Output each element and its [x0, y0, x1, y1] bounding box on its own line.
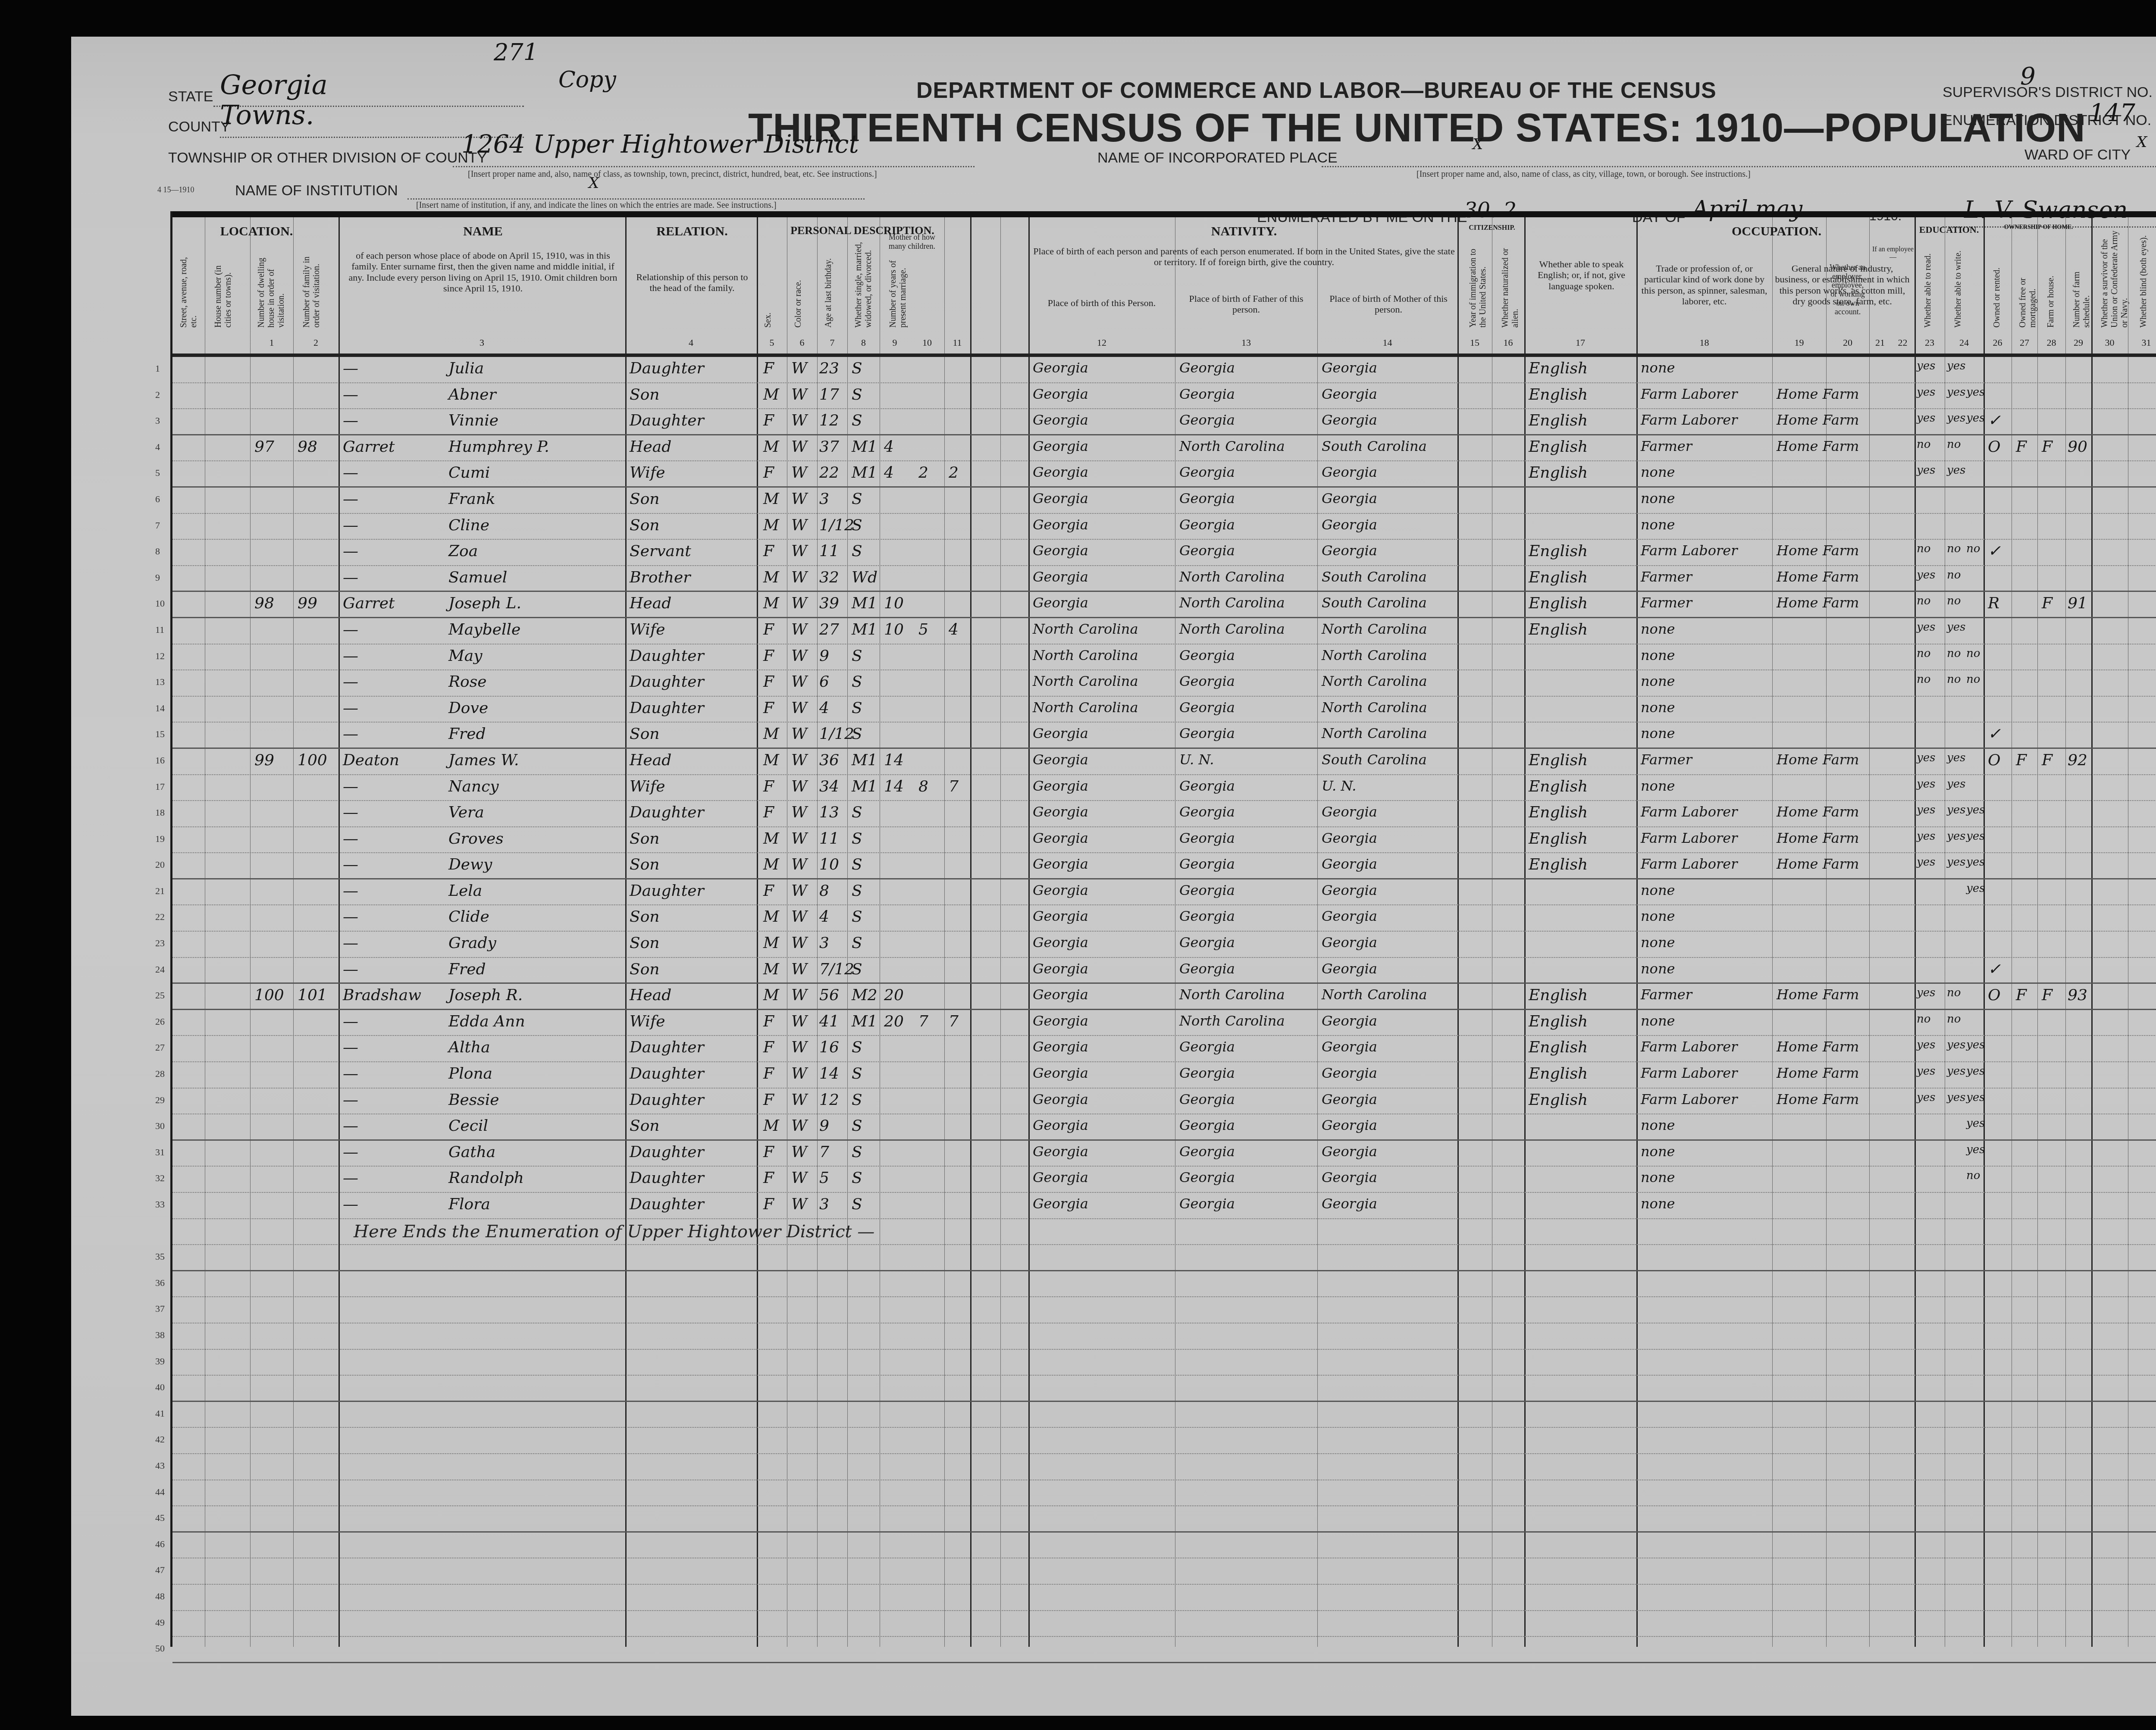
father-birthplace: Georgia — [1179, 1065, 1235, 1081]
sex: M — [763, 569, 779, 586]
employer-header: Whether an employer, employee, or workin… — [1828, 263, 1867, 316]
age: 23 — [819, 360, 839, 377]
trade: Farmer — [1641, 569, 1692, 585]
age: 7 — [819, 1143, 829, 1161]
table-row: 13 — Rose Daughter F W 6 S North Carolin… — [172, 670, 2156, 697]
given-name: Altha — [448, 1039, 490, 1056]
line-number-left: 44 — [155, 1486, 165, 1498]
line-number-left: 50 — [155, 1643, 165, 1654]
census-sheet: 271 DEPARTMENT OF COMMERCE AND LABOR—BUR… — [71, 37, 2156, 1716]
given-name: Vera — [448, 804, 484, 821]
incorporated-label: NAME OF INCORPORATED PLACE — [1097, 150, 1338, 166]
marital-status: S — [852, 1039, 862, 1056]
nativity-note: Place of birth of each person and parent… — [1031, 246, 1457, 268]
relation: Daughter — [630, 882, 704, 900]
surname: Garret — [343, 438, 395, 456]
industry: Home Farm — [1777, 386, 1859, 402]
owned-rented: ✓ — [1988, 960, 2001, 978]
marital-status: S — [852, 804, 862, 821]
surname: — — [343, 516, 358, 534]
line-number-left: 49 — [155, 1617, 165, 1628]
given-name: Frank — [448, 490, 495, 508]
sex: M — [763, 751, 779, 769]
surname: — — [343, 856, 358, 873]
given-name: Flora — [448, 1195, 490, 1213]
can-write: yes — [1947, 1065, 1965, 1078]
can-read: no — [1917, 673, 1930, 686]
column-number: 11 — [944, 337, 970, 348]
speaks-english: English — [1529, 412, 1588, 429]
owned-rented: O — [1988, 438, 2001, 456]
industry: Home Farm — [1777, 542, 1859, 559]
column-number: 20 — [1826, 337, 1869, 348]
mother-birthplace: Georgia — [1322, 804, 1377, 820]
sex: F — [763, 778, 774, 795]
table-row: 9 — Samuel Brother M W 32 Wd Georgia Nor… — [172, 566, 2156, 592]
father-birthplace: Georgia — [1179, 830, 1235, 846]
birthplace: Georgia — [1033, 1065, 1088, 1081]
color: W — [791, 1169, 807, 1187]
speaks-english: English — [1529, 621, 1588, 638]
years-married: 14 — [884, 778, 904, 795]
mother-birthplace: South Carolina — [1322, 438, 1427, 454]
sex: F — [763, 542, 774, 560]
birth-person-header: Place of birth of this Person. — [1031, 297, 1173, 308]
years-married: 10 — [884, 621, 904, 638]
empty-table-row: 4242 — [172, 1428, 2156, 1454]
empty-table-row: 3535 — [172, 1245, 2156, 1271]
township-label: TOWNSHIP OR OTHER DIVISION OF COUNTY — [168, 150, 487, 166]
line-number-left: 38 — [155, 1330, 165, 1341]
line-number-left: 7 — [155, 520, 160, 531]
birthplace: Georgia — [1033, 1013, 1088, 1029]
color: W — [791, 542, 807, 560]
owned-rented: ✓ — [1988, 725, 2001, 743]
mother-birthplace: Georgia — [1322, 542, 1377, 559]
mother-birthplace: Georgia — [1322, 516, 1377, 533]
relation: Wife — [630, 778, 665, 795]
table-row: 19 — Groves Son M W 11 S Georgia Georgia… — [172, 827, 2156, 854]
table-row: 4 97 98 Garret Humphrey P. Head M W 37 M… — [172, 435, 2156, 462]
table-row: 5 — Cumi Wife F W 22 M1 4 2 2 Georgia Ge… — [172, 461, 2156, 488]
father-birthplace: U. N. — [1179, 751, 1214, 768]
marital-status: S — [852, 412, 862, 429]
trade: Farm Laborer — [1641, 804, 1738, 820]
speaks-english: English — [1529, 594, 1588, 612]
line-number-left: 36 — [155, 1277, 165, 1289]
relation: Son — [630, 908, 660, 926]
free-mortgaged: F — [2016, 438, 2027, 456]
group-relation: RELATION. — [630, 224, 755, 239]
given-name: Cecil — [448, 1117, 488, 1135]
attended-school: yes — [1966, 882, 1985, 895]
relation: Son — [630, 516, 660, 534]
given-name: Abner — [448, 386, 496, 404]
can-write: no — [1947, 594, 1961, 607]
color: W — [791, 804, 807, 821]
marital-status: S — [852, 647, 862, 665]
write-header: Whether able to write. — [1953, 241, 1963, 328]
color: W — [791, 986, 807, 1004]
industry: Home Farm — [1777, 751, 1859, 768]
surname: — — [343, 1143, 358, 1161]
table-row: 10 98 99 Garret Joseph L. Head M W 39 M1… — [172, 592, 2156, 618]
color: W — [791, 386, 807, 404]
farm-schedule-number: 91 — [2068, 594, 2087, 612]
speaks-english: English — [1529, 360, 1588, 377]
speaks-english: English — [1529, 386, 1588, 404]
relation: Servant — [630, 542, 691, 560]
column-number: 15 — [1457, 337, 1492, 348]
father-birthplace: Georgia — [1179, 960, 1235, 977]
sex: M — [763, 856, 779, 873]
veteran-header: Whether a survivor of the Union or Confe… — [2100, 224, 2130, 328]
farm-or-house: F — [2042, 438, 2053, 456]
father-birthplace: Georgia — [1179, 699, 1235, 716]
sex: F — [763, 1013, 774, 1030]
mother-birthplace: Georgia — [1322, 934, 1377, 951]
marital-status: S — [852, 1143, 862, 1161]
father-birthplace: Georgia — [1179, 725, 1235, 741]
years-married: 20 — [884, 1013, 904, 1030]
can-read: no — [1917, 647, 1930, 660]
given-name: Cline — [448, 516, 489, 534]
surname: — — [343, 673, 358, 691]
mother-birthplace: Georgia — [1322, 490, 1377, 507]
given-name: Fred — [448, 960, 486, 978]
naturalized-header: Whether naturalized or alien. — [1501, 241, 1520, 328]
line-number-left: 47 — [155, 1564, 165, 1576]
surname: — — [343, 778, 358, 795]
surname: — — [343, 542, 358, 560]
owned-rented: O — [1988, 751, 2001, 769]
line-number-left: 14 — [155, 703, 165, 714]
industry: Home Farm — [1777, 986, 1859, 1003]
can-read: yes — [1917, 986, 1935, 999]
line-number-left: 1 — [155, 363, 160, 374]
industry: Home Farm — [1777, 438, 1859, 454]
color: W — [791, 569, 807, 586]
birthplace: Georgia — [1033, 804, 1088, 820]
immigration-header: Year of immigration to the United States… — [1468, 241, 1488, 328]
marital-status: S — [852, 830, 862, 848]
marital-status: M1 — [852, 594, 877, 612]
farm-schedule-header: Number of farm schedule. — [2072, 250, 2092, 328]
column-number: 27 — [2012, 337, 2037, 348]
relation: Head — [630, 751, 671, 769]
trade: Farm Laborer — [1641, 856, 1738, 872]
surname: — — [343, 908, 358, 926]
dwelling-number: 98 — [254, 594, 274, 612]
father-birthplace: North Carolina — [1179, 1013, 1285, 1029]
sex: F — [763, 1195, 774, 1213]
speaks-english: English — [1529, 986, 1588, 1004]
marital-status: S — [852, 725, 862, 743]
institution-note: [Insert name of institution, if any, and… — [416, 200, 777, 210]
can-read: yes — [1917, 804, 1935, 817]
surname: — — [343, 699, 358, 717]
relation: Brother — [630, 569, 691, 586]
marital-status: S — [852, 1091, 862, 1109]
trade: none — [1641, 1117, 1675, 1133]
trade: Farm Laborer — [1641, 542, 1738, 559]
trade: none — [1641, 725, 1675, 741]
trade: none — [1641, 360, 1675, 376]
years-married: 14 — [884, 751, 904, 769]
relation: Wife — [630, 621, 665, 638]
sex-header: Sex. — [763, 297, 773, 328]
farm-house-header: Farm or house. — [2046, 250, 2056, 328]
surname: — — [343, 1091, 358, 1109]
trade: Farm Laborer — [1641, 412, 1738, 428]
trade: none — [1641, 1195, 1675, 1212]
column-number: 3 — [338, 337, 625, 348]
name-column-header: of each person whose place of abode on A… — [345, 250, 621, 294]
marital-status: S — [852, 673, 862, 691]
relation: Son — [630, 1117, 660, 1135]
column-number: 7 — [817, 337, 847, 348]
enumeration-value: 147 — [2089, 99, 2135, 127]
can-write: no — [1947, 986, 1961, 999]
page-number: 271 — [494, 39, 538, 66]
surname: — — [343, 386, 358, 404]
birthplace: Georgia — [1033, 594, 1088, 611]
column-number: 21 — [1869, 337, 1891, 348]
mother-birthplace: North Carolina — [1322, 725, 1427, 741]
marital-status: S — [852, 386, 862, 404]
industry: Home Farm — [1777, 830, 1859, 846]
color: W — [791, 882, 807, 900]
trade: Farmer — [1641, 594, 1692, 611]
given-name: Joseph R. — [448, 986, 523, 1004]
ward-label: WARD OF CITY — [2024, 147, 2131, 163]
mother-birthplace: Georgia — [1322, 1013, 1377, 1029]
mother-birthplace: Georgia — [1322, 1169, 1377, 1186]
birthplace: Georgia — [1033, 960, 1088, 977]
line-number-left: 33 — [155, 1199, 165, 1210]
state-label: STATE — [168, 88, 213, 105]
can-write: no — [1947, 1013, 1961, 1026]
birthplace: Georgia — [1033, 1143, 1088, 1160]
house-number-header: House number (in cities or towns). — [213, 246, 233, 328]
line-number-left: 29 — [155, 1095, 165, 1106]
line-number-left: 17 — [155, 781, 165, 792]
mother-birthplace: Georgia — [1322, 830, 1377, 846]
given-name: Plona — [448, 1065, 492, 1082]
line-number-left: 8 — [155, 546, 160, 557]
table-row: 33 — Flora Daughter F W 3 S Georgia Geor… — [172, 1193, 2156, 1219]
given-name: Bessie — [448, 1091, 499, 1109]
given-name: Edda Ann — [448, 1013, 525, 1030]
industry: Home Farm — [1777, 1039, 1859, 1055]
trade: Farm Laborer — [1641, 830, 1738, 846]
sex: M — [763, 594, 779, 612]
can-read: yes — [1917, 360, 1935, 372]
sex: F — [763, 1091, 774, 1109]
father-birthplace: Georgia — [1179, 360, 1235, 376]
birthplace: Georgia — [1033, 1195, 1088, 1212]
surname: — — [343, 490, 358, 508]
trade: Farm Laborer — [1641, 1091, 1738, 1107]
mother-birthplace: North Carolina — [1322, 986, 1427, 1003]
relation: Son — [630, 386, 660, 404]
relation: Daughter — [630, 1091, 704, 1109]
color: W — [791, 621, 807, 638]
relation: Daughter — [630, 673, 704, 691]
attended-school: yes — [1966, 1117, 1985, 1130]
color: W — [791, 673, 807, 691]
sex: F — [763, 464, 774, 482]
table-row: 31 — Gatha Daughter F W 7 S Georgia Geor… — [172, 1141, 2156, 1167]
read-header: Whether able to read. — [1923, 241, 1933, 328]
mother-birthplace: Georgia — [1322, 882, 1377, 898]
father-birthplace: North Carolina — [1179, 621, 1285, 637]
township-value: 1264 Upper Hightower District — [461, 129, 859, 159]
age: 17 — [819, 386, 839, 404]
age-header: Age at last birthday. — [824, 250, 834, 328]
line-number-left: 12 — [155, 651, 165, 662]
surname: — — [343, 621, 358, 638]
incorporated-value: X — [1473, 136, 1483, 153]
trade: none — [1641, 621, 1675, 637]
trade: none — [1641, 960, 1675, 977]
father-birthplace: Georgia — [1179, 882, 1235, 898]
industry: Home Farm — [1777, 804, 1859, 820]
father-birthplace: Georgia — [1179, 804, 1235, 820]
industry: Home Farm — [1777, 569, 1859, 585]
relation: Wife — [630, 464, 665, 482]
can-read: yes — [1917, 1039, 1935, 1051]
mother-birthplace: South Carolina — [1322, 569, 1427, 585]
column-number: 16 — [1492, 337, 1524, 348]
trade: Farmer — [1641, 438, 1692, 454]
mother-birthplace: South Carolina — [1322, 594, 1427, 611]
color: W — [791, 1013, 807, 1030]
table-row: 7 — Cline Son M W 1/12 S Georgia Georgia… — [172, 514, 2156, 540]
incorporated-note: [Insert proper name and, also, name of c… — [1416, 169, 1751, 179]
marital-status: S — [852, 516, 862, 534]
children-born: 8 — [918, 778, 928, 795]
color: W — [791, 1117, 807, 1135]
trade: none — [1641, 934, 1675, 951]
color: W — [791, 1039, 807, 1056]
can-read: no — [1917, 438, 1930, 451]
marital-header: Whether single, married, widowed, or div… — [854, 241, 874, 328]
empty-table-row: 3737 — [172, 1297, 2156, 1323]
state-value: Georgia — [220, 69, 328, 100]
census-rows: 1 — Julia Daughter F W 23 S Georgia Geor… — [172, 357, 2156, 1663]
speaks-english: English — [1529, 542, 1588, 560]
sex: M — [763, 438, 779, 456]
marital-status: S — [852, 1117, 862, 1135]
mother-birthplace: Georgia — [1322, 1039, 1377, 1055]
dwelling-header: Number of dwelling house in order of vis… — [257, 246, 286, 328]
age: 13 — [819, 804, 839, 821]
age: 22 — [819, 464, 839, 482]
mother-birthplace: Georgia — [1322, 1065, 1377, 1081]
can-read: yes — [1917, 778, 1935, 791]
relation: Daughter — [630, 1065, 704, 1082]
color: W — [791, 1143, 807, 1161]
mother-birthplace: Georgia — [1322, 386, 1377, 402]
column-number: 9 — [880, 337, 910, 348]
father-birthplace: Georgia — [1179, 934, 1235, 951]
column-number: 5 — [757, 337, 787, 348]
years-married-header: Number of years of present marriage. — [888, 241, 908, 328]
mother-birthplace: Georgia — [1322, 1195, 1377, 1212]
color: W — [791, 412, 807, 429]
father-birthplace: Georgia — [1179, 412, 1235, 428]
father-birthplace: Georgia — [1179, 778, 1235, 794]
birth-mother-header: Place of birth of Mother of this person. — [1319, 293, 1457, 315]
table-row: 11 — Maybelle Wife F W 27 M1 10 5 4 Nort… — [172, 618, 2156, 644]
marital-status: S — [852, 856, 862, 873]
column-number: 29 — [2065, 337, 2091, 348]
can-read: no — [1917, 542, 1930, 555]
table-row: 30 — Cecil Son M W 9 S Georgia Georgia G… — [172, 1114, 2156, 1141]
relation: Son — [630, 490, 660, 508]
can-read: no — [1917, 1013, 1930, 1026]
father-birthplace: Georgia — [1179, 856, 1235, 872]
mother-birthplace: Georgia — [1322, 1117, 1377, 1133]
children-born: 7 — [918, 1013, 928, 1030]
owned-rented: ✓ — [1988, 542, 2001, 560]
speaks-english: English — [1529, 1039, 1588, 1056]
years-married: 10 — [884, 594, 904, 612]
relation-column-header: Relationship of this person to the head … — [630, 272, 755, 294]
industry: Home Farm — [1777, 856, 1859, 872]
age: 34 — [819, 778, 839, 795]
family-header: Number of family in order of visitation. — [302, 246, 322, 328]
given-name: Dewy — [448, 856, 492, 873]
birthplace: Georgia — [1033, 412, 1088, 428]
sex: M — [763, 908, 779, 926]
english-header: Whether able to speak English; or, if no… — [1526, 259, 1636, 291]
table-row: 28 — Plona Daughter F W 14 S Georgia Geo… — [172, 1062, 2156, 1089]
trade: Farm Laborer — [1641, 1065, 1738, 1081]
birthplace: Georgia — [1033, 464, 1088, 480]
color: W — [791, 438, 807, 456]
trade: none — [1641, 778, 1675, 794]
line-number-left: 45 — [155, 1512, 165, 1524]
empty-table-row: 4848 — [172, 1585, 2156, 1611]
relation: Daughter — [630, 699, 704, 717]
given-name: Randolph — [448, 1169, 524, 1187]
can-write: yes — [1947, 778, 1965, 791]
group-citizenship: CITIZENSHIP. — [1460, 224, 1524, 232]
line-number-left: 32 — [155, 1173, 165, 1184]
group-occupation: OCCUPATION. — [1639, 224, 1915, 239]
institution-value: X — [589, 175, 599, 192]
color: W — [791, 647, 807, 665]
line-number-left: 2 — [155, 389, 160, 400]
table-row: 27 — Altha Daughter F W 16 S Georgia Geo… — [172, 1036, 2156, 1062]
farm-schedule-number: 92 — [2068, 751, 2087, 769]
line-number-left: 27 — [155, 1042, 165, 1053]
marital-status: S — [852, 1169, 862, 1187]
column-number: 6 — [787, 337, 817, 348]
given-name: Gatha — [448, 1143, 495, 1161]
copy-annotation: Copy — [558, 67, 616, 93]
color: W — [791, 360, 807, 377]
birthplace: North Carolina — [1033, 673, 1138, 689]
column-number: 18 — [1636, 337, 1772, 348]
surname: — — [343, 569, 358, 586]
color: W — [791, 934, 807, 952]
trade: none — [1641, 490, 1675, 507]
birthplace: North Carolina — [1033, 699, 1138, 716]
color: W — [791, 490, 807, 508]
